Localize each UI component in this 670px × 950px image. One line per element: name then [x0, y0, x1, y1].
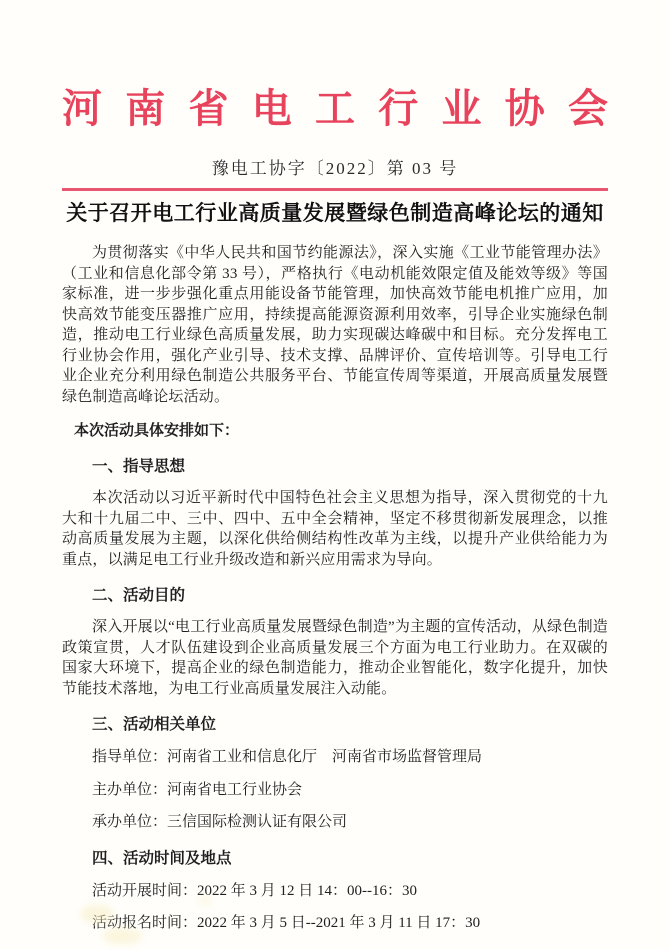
- organizer-unit-line: 承办单位：三信国际检测认证有限公司: [62, 812, 608, 833]
- letterhead-divider: [62, 188, 608, 191]
- document-number: 豫电工协字〔2022〕第 03 号: [62, 158, 608, 180]
- letterhead-org-title: 河南省电工行业协会: [62, 86, 608, 132]
- arrangement-lead: 本次活动具体安排如下：: [62, 420, 608, 441]
- intro-paragraph: 为贯彻落实《中华人民共和国节约能源法》，深入实施《工业节能管理办法》（工业和信息…: [62, 243, 608, 407]
- registration-time-line: 活动报名时间：2022 年 3 月 5 日--2021 年 3 月 11 日 1…: [62, 913, 608, 934]
- section-heading-2: 二、活动目的: [62, 585, 608, 606]
- section-heading-4: 四、活动时间及地点: [62, 848, 608, 869]
- document-page: 河南省电工行业协会 豫电工协字〔2022〕第 03 号 关于召开电工行业高质量发…: [0, 0, 670, 950]
- guiding-unit-line: 指导单位：河南省工业和信息化厅 河南省市场监督管理局: [62, 747, 608, 768]
- host-unit-line: 主办单位：河南省电工行业协会: [62, 780, 608, 801]
- event-time-line: 活动开展时间：2022 年 3 月 12 日 14：00--16：30: [62, 881, 608, 902]
- notice-title: 关于召开电工行业高质量发展暨绿色制造高峰论坛的通知: [62, 199, 608, 229]
- section-paragraph-1: 本次活动以习近平新时代中国特色社会主义思想为指导，深入贯彻党的十九大和十九届二中…: [62, 488, 608, 570]
- section-heading-1: 一、指导思想: [62, 456, 608, 477]
- section-heading-3: 三、活动相关单位: [62, 714, 608, 735]
- section-paragraph-2: 深入开展以“电工行业高质量发展暨绿色制造”为主题的宣传活动，从绿色制造政策宣贯，…: [62, 617, 608, 699]
